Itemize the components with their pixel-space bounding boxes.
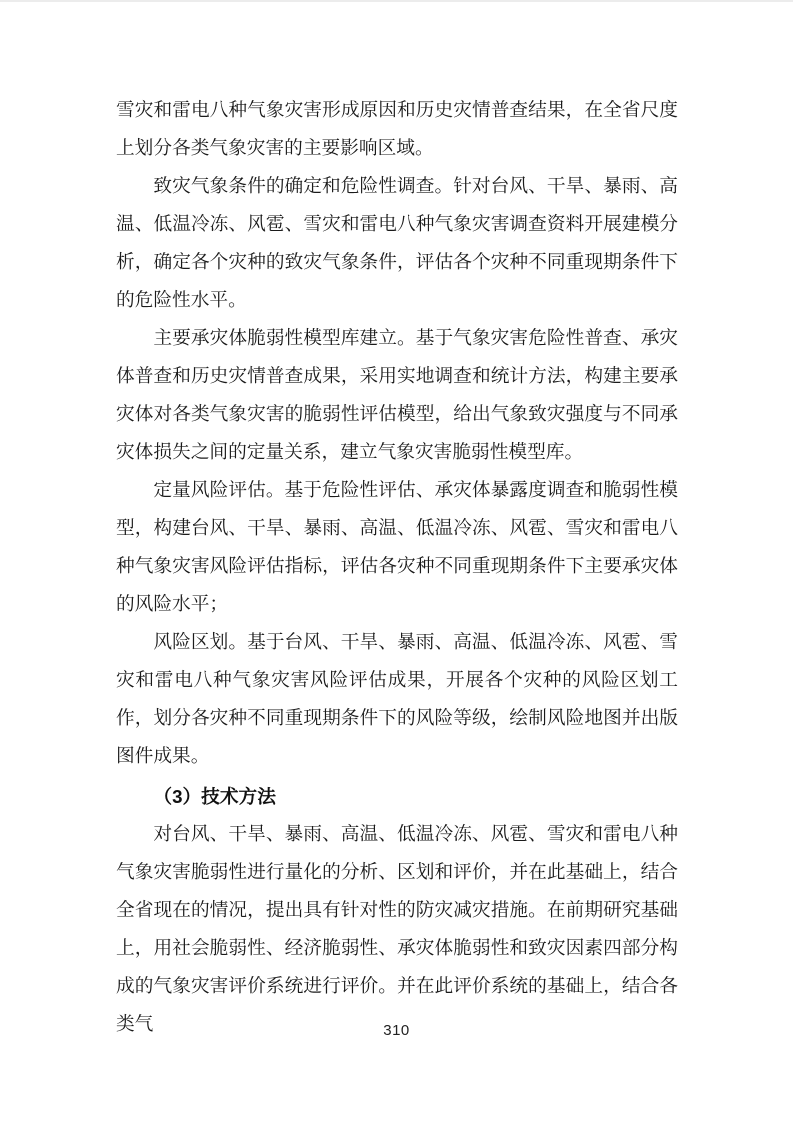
paragraph-vulnerability-model-library: 主要承灾体脆弱性模型库建立。基于气象灾害危险性普查、承灾体普查和历史灾情普查成果…	[116, 320, 678, 472]
paragraph-hazard-conditions-survey: 致灾气象条件的确定和危险性调查。针对台风、干旱、暴雨、高温、低温冷冻、风雹、雪灾…	[116, 168, 678, 320]
paragraph-technical-methods-body: 对台风、干旱、暴雨、高温、低温冷冻、风雹、雪灾和雷电八种气象灾害脆弱性进行量化的…	[116, 816, 678, 1044]
section-heading-technical-methods: （3）技术方法	[116, 778, 678, 816]
paragraph-risk-zoning: 风险区划。基于台风、干旱、暴雨、高温、低温冷冻、风雹、雪灾和雷电八种气象灾害风险…	[116, 624, 678, 776]
page-footer: 310	[0, 1022, 793, 1040]
paragraph-snow-lightning-zoning: 雪灾和雷电八种气象灾害形成原因和历史灾情普查结果，在全省尺度上划分各类气象灾害的…	[116, 92, 678, 168]
paragraph-quantitative-risk-assessment: 定量风险评估。基于危险性评估、承灾体暴露度调查和脆弱性模型，构建台风、干旱、暴雨…	[116, 472, 678, 624]
document-page: 雪灾和雷电八种气象灾害形成原因和历史灾情普查结果，在全省尺度上划分各类气象灾害的…	[0, 0, 793, 1122]
page-number: 310	[383, 1022, 410, 1039]
page-content: 雪灾和雷电八种气象灾害形成原因和历史灾情普查结果，在全省尺度上划分各类气象灾害的…	[116, 2, 678, 1044]
